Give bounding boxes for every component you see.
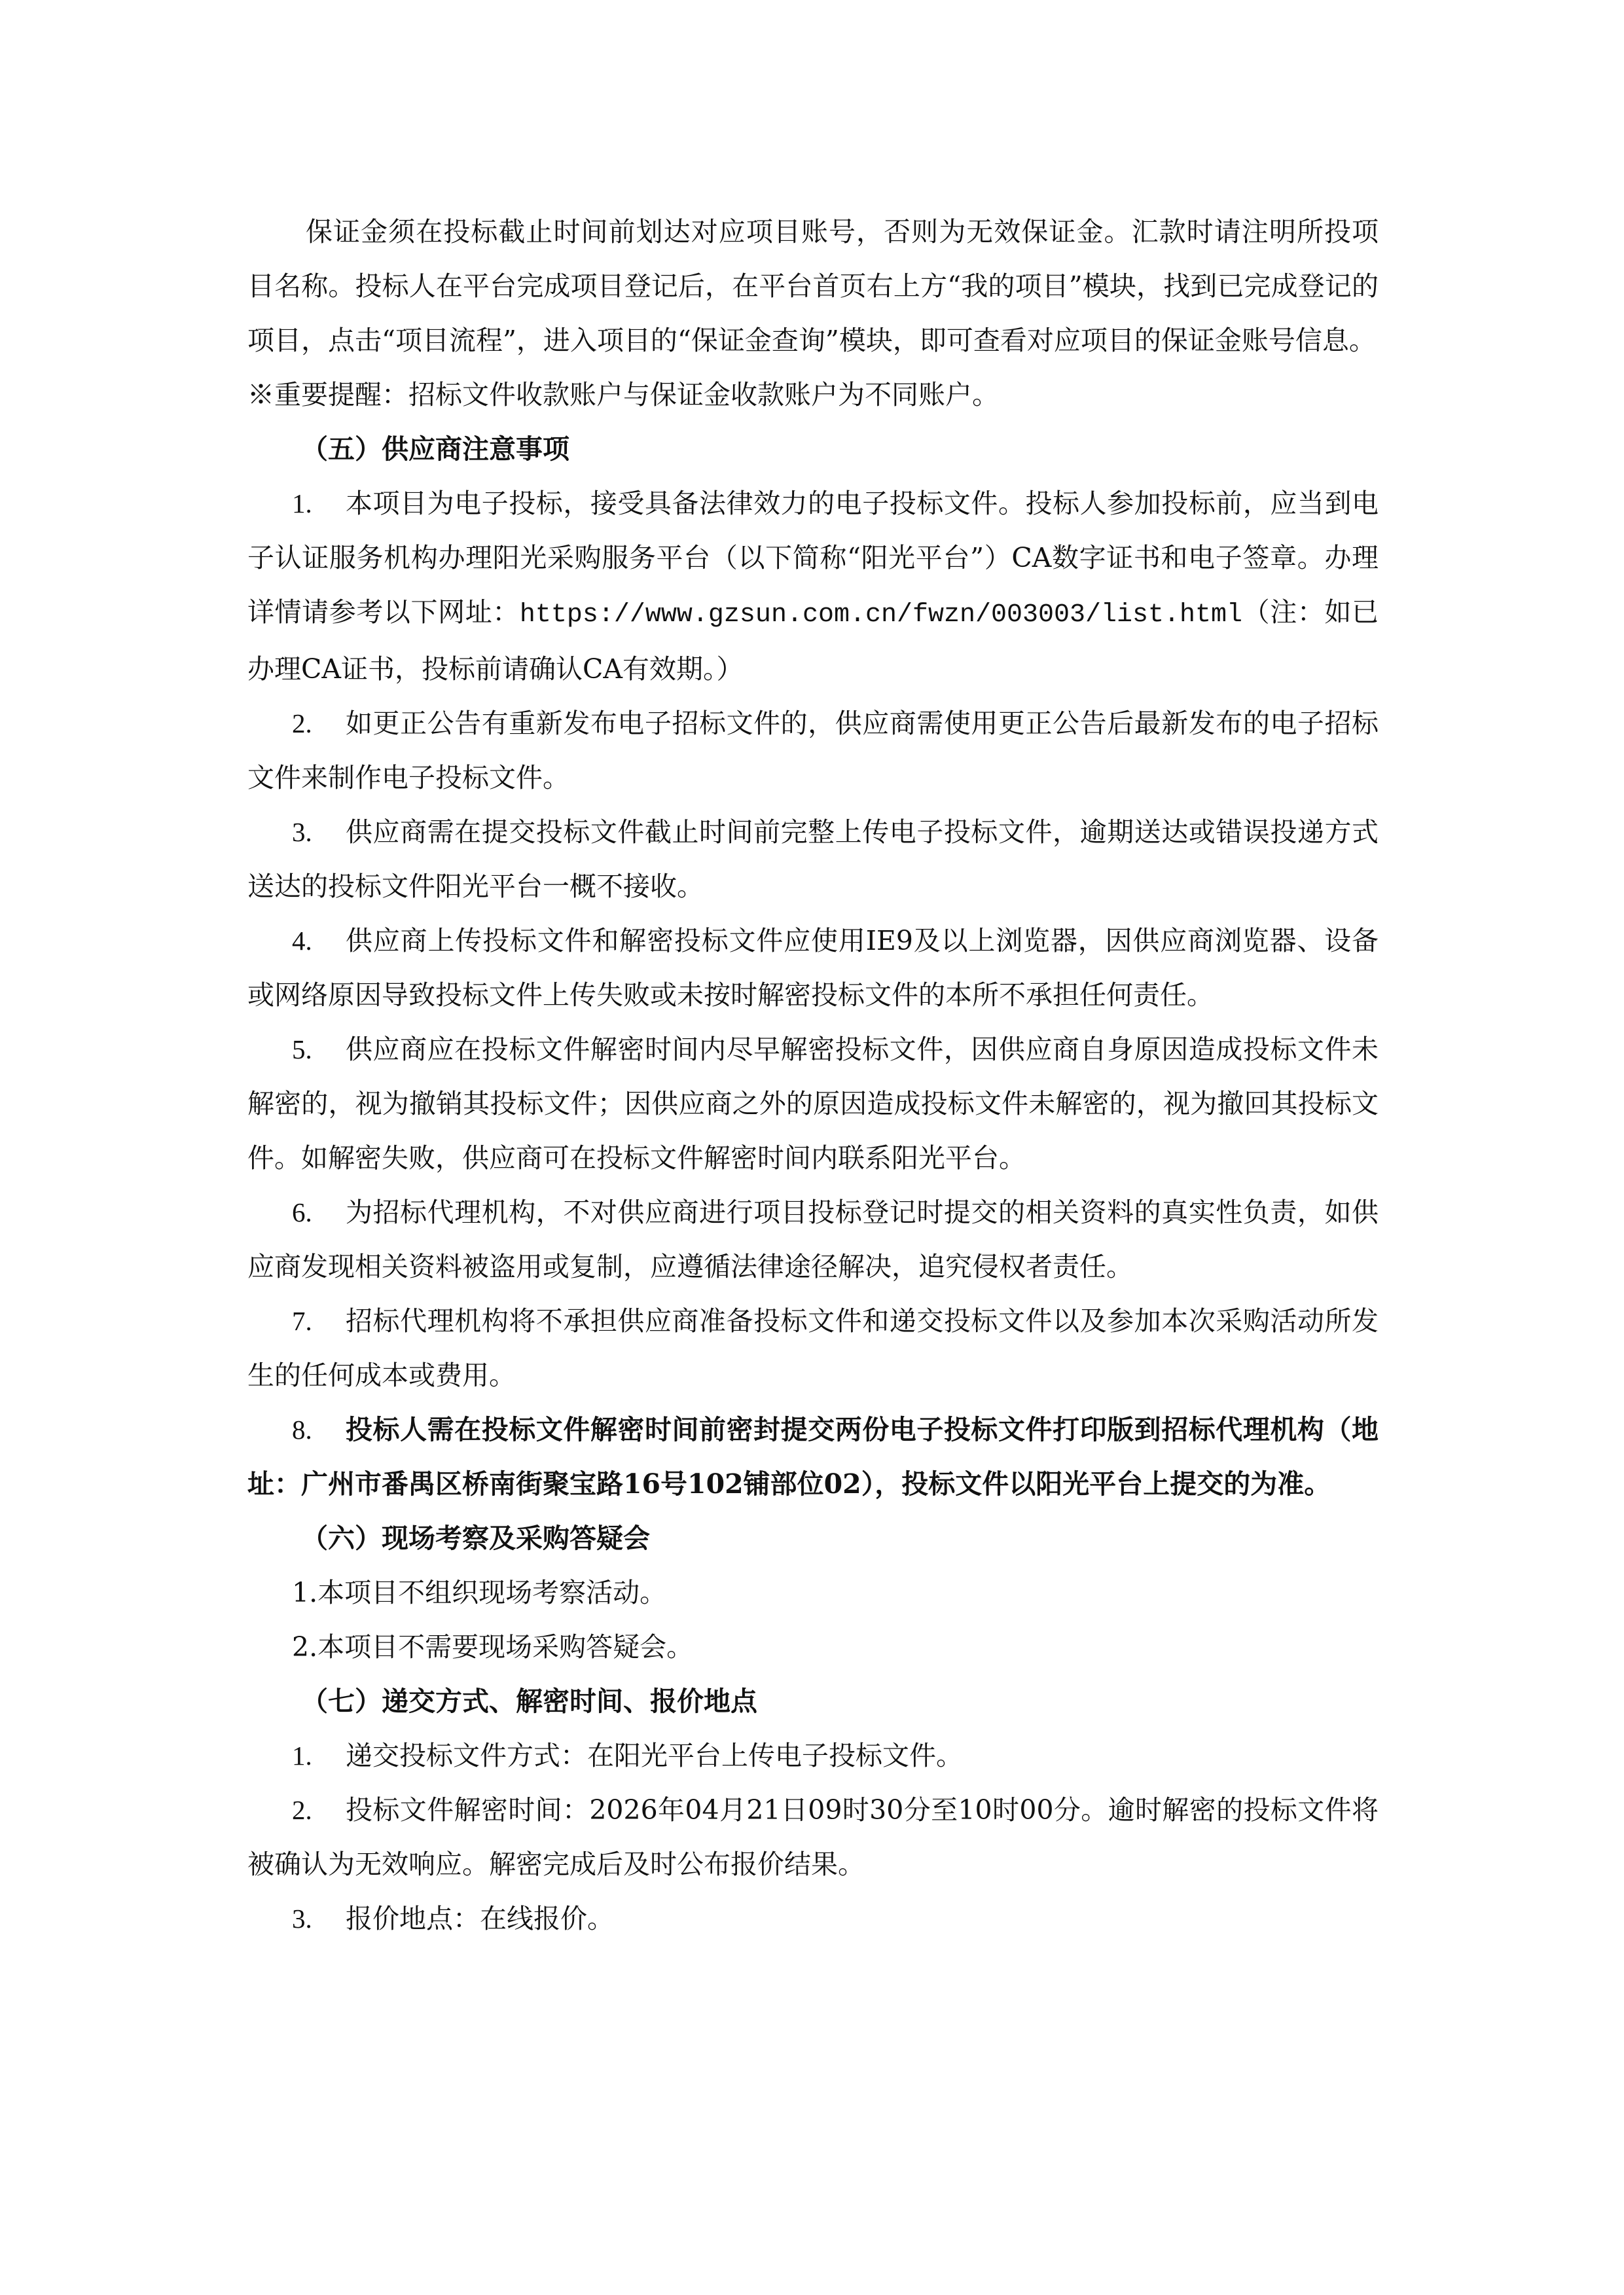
section-6-heading: （六）现场考察及采购答疑会 [247,1511,1379,1566]
item-text: 供应商需在提交投标文件截止时间前完整上传电子投标文件，逾期送达或错误投递方式送达… [247,816,1379,902]
section-7-heading: （七）递交方式、解密时间、报价地点 [247,1674,1379,1729]
item-text: 投标人需在投标文件解密时间前密封提交两份电子投标文件打印版到招标代理机构（地址：… [247,1414,1379,1500]
ca-info-url[interactable]: https://www.gzsun.com.cn/fwzn/003003/lis… [520,600,1242,630]
item-text: 如更正公告有重新发布电子招标文件的，供应商需使用更正公告后最新发布的电子招标文件… [247,708,1379,793]
item-number: 2. [292,1783,312,1837]
item-number: 8. [292,1403,312,1457]
section-7-item-3: 3.报价地点：在线报价。 [247,1892,1379,1946]
item-text: 递交投标文件方式：在阳光平台上传电子投标文件。 [346,1740,963,1771]
section-5-item-2: 2.如更正公告有重新发布电子招标文件的，供应商需使用更正公告后最新发布的电子招标… [247,696,1379,805]
section-7-item-1: 1.递交投标文件方式：在阳光平台上传电子投标文件。 [247,1729,1379,1783]
section-6-item-1: 1.本项目不组织现场考察活动。 [247,1566,1379,1620]
item-text: 投标文件解密时间：2026年04月21日09时30分至10时00分。逾时解密的投… [247,1794,1379,1880]
section-5-item-7: 7.招标代理机构将不承担供应商准备投标文件和递交投标文件以及参加本次采购活动所发… [247,1294,1379,1403]
item-number: 1. [292,1729,312,1783]
deposit-paragraph: 保证金须在投标截止时间前划达对应项目账号，否则为无效保证金。汇款时请注明所投项目… [247,205,1379,368]
item-text: 供应商上传投标文件和解密投标文件应使用IE9及以上浏览器，因供应商浏览器、设备或… [247,925,1379,1011]
section-5-item-6: 6.为招标代理机构，不对供应商进行项目投标登记时提交的相关资料的真实性负责，如供… [247,1185,1379,1294]
section-5-item-8: 8.投标人需在投标文件解密时间前密封提交两份电子投标文件打印版到招标代理机构（地… [247,1403,1379,1511]
item-number: 7. [292,1294,312,1348]
item-text: 供应商应在投标文件解密时间内尽早解密投标文件，因供应商自身原因造成投标文件未解密… [247,1034,1379,1174]
document-page: 保证金须在投标截止时间前划达对应项目账号，否则为无效保证金。汇款时请注明所投项目… [247,205,1379,1946]
section-5-heading: （五）供应商注意事项 [247,422,1379,477]
item-text: 报价地点：在线报价。 [346,1903,614,1934]
item-number: 4. [292,914,312,968]
item-number: 6. [292,1185,312,1240]
item-text: 招标代理机构将不承担供应商准备投标文件和递交投标文件以及参加本次采购活动所发生的… [247,1305,1379,1391]
section-5-item-4: 4.供应商上传投标文件和解密投标文件应使用IE9及以上浏览器，因供应商浏览器、设… [247,914,1379,1022]
item-number: 2. [292,696,312,751]
section-5-item-5: 5.供应商应在投标文件解密时间内尽早解密投标文件，因供应商自身原因造成投标文件未… [247,1022,1379,1185]
section-5-item-1: 1.本项目为电子投标，接受具备法律效力的电子投标文件。投标人参加投标前，应当到电… [247,477,1379,696]
item-number: 3. [292,1892,312,1946]
item-number: 1. [292,477,312,531]
item-text: 为招标代理机构，不对供应商进行项目投标登记时提交的相关资料的真实性负责，如供应商… [247,1197,1379,1282]
section-5-item-3: 3.供应商需在提交投标文件截止时间前完整上传电子投标文件，逾期送达或错误投递方式… [247,805,1379,914]
item-number: 5. [292,1022,312,1077]
section-6-item-2: 2.本项目不需要现场采购答疑会。 [247,1620,1379,1674]
important-reminder: ※重要提醒：招标文件收款账户与保证金收款账户为不同账户。 [247,368,1379,422]
section-7-item-2: 2.投标文件解密时间：2026年04月21日09时30分至10时00分。逾时解密… [247,1783,1379,1892]
item-number: 3. [292,805,312,859]
